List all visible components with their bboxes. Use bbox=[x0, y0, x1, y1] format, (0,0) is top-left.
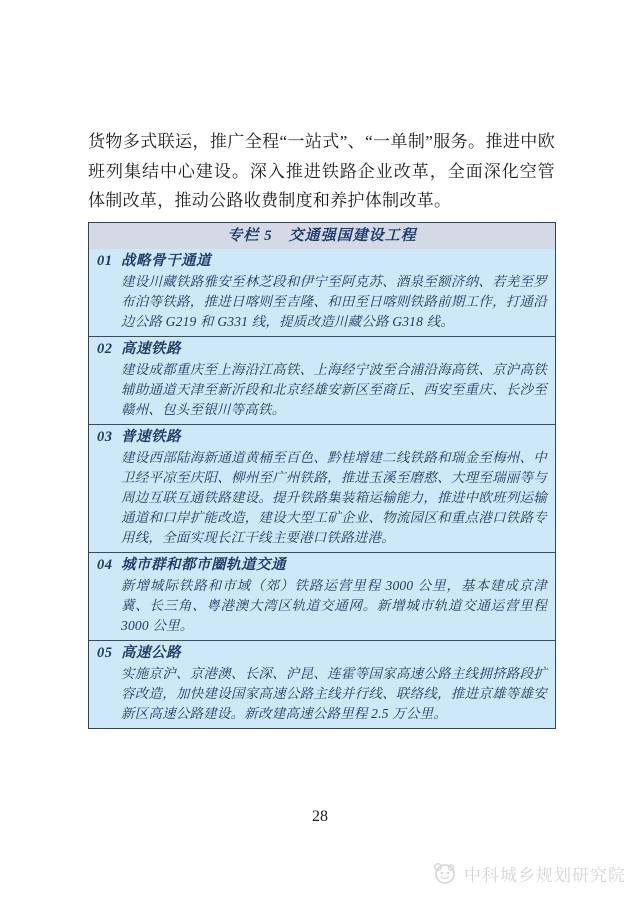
box-title: 专栏 5 交通强国建设工程 bbox=[89, 223, 555, 249]
section-number: 05 bbox=[97, 643, 121, 664]
section-heading: 高速公路 bbox=[121, 643, 181, 664]
watermark-text: 中科城乡规划研究院 bbox=[464, 861, 626, 886]
section-urban-rail-transit: 04 城市群和都市圈轨道交通 新增城际铁路和市域（郊）铁路运营里程 3000 公… bbox=[89, 552, 555, 640]
page-number: 28 bbox=[0, 808, 640, 826]
section-body: 建设成都重庆至上海沿江高铁、上海经宁波至合浦沿海高铁、京沪高铁辅助通道天津至新沂… bbox=[121, 360, 547, 420]
section-heading-row: 03 普速铁路 bbox=[97, 427, 547, 448]
section-expressways: 05 高速公路 实施京沪、京港澳、长深、沪昆、连霍等国家高速公路主线拥挤路段扩容… bbox=[89, 640, 555, 728]
info-box: 专栏 5 交通强国建设工程 01 战略骨干通道 建设川藏铁路雅安至林芝段和伊宁至… bbox=[88, 222, 556, 729]
section-number: 01 bbox=[97, 251, 121, 272]
section-heading: 高速铁路 bbox=[121, 339, 181, 360]
section-strategic-corridors: 01 战略骨干通道 建设川藏铁路雅安至林芝段和伊宁至阿克苏、酒泉至额济纳、若羌至… bbox=[89, 249, 555, 336]
section-body: 建设西部陆海新通道黄桶至百色、黔桂增建二线铁路和瑞金至梅州、中卫经平凉至庆阳、柳… bbox=[121, 448, 547, 548]
watermark: 中科城乡规划研究院 bbox=[431, 860, 626, 886]
section-number: 03 bbox=[97, 427, 121, 448]
document-page: 货物多式联运，推广全程“一站式”、“一单制”服务。推进中欧班列集结中心建设。深入… bbox=[0, 0, 640, 905]
section-heading-row: 05 高速公路 bbox=[97, 643, 547, 664]
section-heading-row: 01 战略骨干通道 bbox=[97, 251, 547, 272]
section-number: 02 bbox=[97, 339, 121, 360]
section-heading-row: 04 城市群和都市圈轨道交通 bbox=[97, 555, 547, 576]
section-high-speed-rail: 02 高速铁路 建设成都重庆至上海沿江高铁、上海经宁波至合浦沿海高铁、京沪高铁辅… bbox=[89, 336, 555, 424]
section-heading-row: 02 高速铁路 bbox=[97, 339, 547, 360]
section-heading: 城市群和都市圈轨道交通 bbox=[121, 555, 286, 576]
section-number: 04 bbox=[97, 555, 121, 576]
section-heading: 战略骨干通道 bbox=[121, 251, 211, 272]
intro-paragraph: 货物多式联运，推广全程“一站式”、“一单制”服务。推进中欧班列集结中心建设。深入… bbox=[88, 127, 555, 216]
section-conventional-rail: 03 普速铁路 建设西部陆海新通道黄桶至百色、黔桂增建二线铁路和瑞金至梅州、中卫… bbox=[89, 424, 555, 552]
section-heading: 普速铁路 bbox=[121, 427, 181, 448]
section-body: 实施京沪、京港澳、长深、沪昆、连霍等国家高速公路主线拥挤路段扩容改造，加快建设国… bbox=[121, 664, 547, 724]
section-body: 新增城际铁路和市域（郊）铁路运营里程 3000 公里，基本建成京津冀、长三角、粤… bbox=[121, 576, 547, 636]
institute-logo-icon bbox=[431, 860, 457, 886]
box-sections: 01 战略骨干通道 建设川藏铁路雅安至林芝段和伊宁至阿克苏、酒泉至额济纳、若羌至… bbox=[89, 249, 555, 728]
section-body: 建设川藏铁路雅安至林芝段和伊宁至阿克苏、酒泉至额济纳、若羌至罗布泊等铁路，推进日… bbox=[121, 272, 547, 332]
